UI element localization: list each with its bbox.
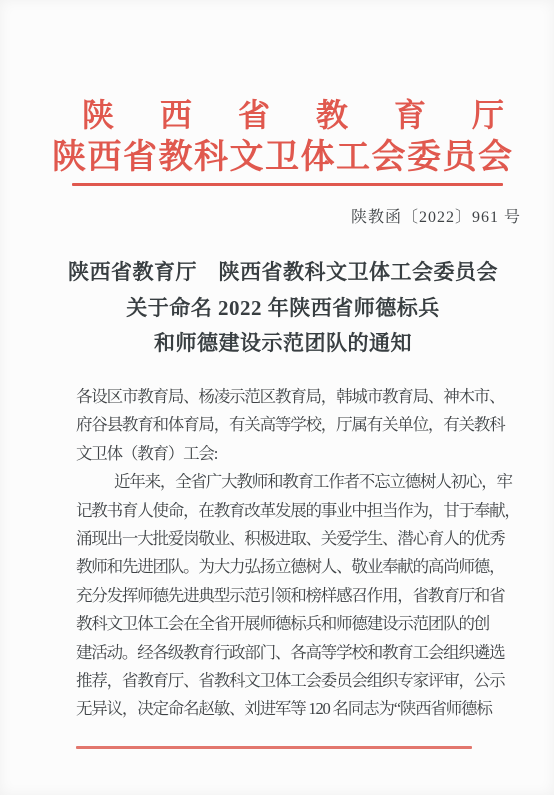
addressee-paragraph: 各设区市教育局、杨凌示范区教育局，韩城市教育局、神木市、府谷县教育和体育局，有关…: [76, 383, 521, 468]
text-line: 推荐，省教育厅、省教科文卫体工会委员会组织专家评审，公示: [76, 667, 521, 695]
text-line: 无异议，决定命名赵敏、刘进军等 120 名同志为“陕西省师德标: [76, 695, 521, 723]
letterhead-org-secondary: 陕西省教科文卫体工会委员会: [52, 139, 514, 177]
main-paragraph: 近年来，全省广大教师和教育工作者不忘立德树人初心，牢记教书育人使命，在教育改革发…: [76, 468, 521, 724]
document-reference-number: 陕教函〔2022〕961 号: [351, 204, 521, 227]
letterhead-divider-rule: [72, 183, 503, 186]
page-bottom-rule: [76, 746, 472, 749]
text-line: 教科文卫体工会在全省开展师德标兵和师德建设示范团队的创: [76, 610, 521, 638]
document-title: 陕西省教育厅 陕西省教科文卫体工会委员会 关于命名 2022 年陕西省师德标兵 …: [6, 255, 554, 362]
document-title-line-3: 和师德建设示范团队的通知: [6, 326, 554, 362]
scanned-official-document-page: 陕西省教育厅 陕西省教科文卫体工会委员会 陕教函〔2022〕961 号 陕西省教…: [0, 0, 554, 795]
document-title-line-1: 陕西省教育厅 陕西省教科文卫体工会委员会: [6, 255, 554, 291]
document-title-line-2: 关于命名 2022 年陕西省师德标兵: [6, 291, 554, 327]
text-line: 教师和先进团队。为大力弘扬立德树人、敬业奉献的高尚师德，: [76, 553, 521, 581]
text-line: 府谷县教育和体育局，有关高等学校，厅属有关单位，有关教科: [76, 411, 521, 439]
text-line: 涌现出一大批爱岗敬业、积极进取、关爱学生、潜心育人的优秀: [76, 525, 521, 553]
text-line: 充分发挥师德先进典型示范引领和榜样感召作用，省教育厅和省: [76, 582, 521, 610]
text-line: 记教书育人使命，在教育改革发展的事业中担当作为，甘于奉献，: [76, 497, 521, 525]
text-line: 建活动。经各级教育行政部门、各高等学校和教育工会组织遴选: [76, 639, 521, 667]
letterhead-org-primary: 陕西省教育厅: [82, 97, 550, 133]
text-line: 各设区市教育局、杨凌示范区教育局，韩城市教育局、神木市、: [76, 383, 521, 411]
document-body: 各设区市教育局、杨凌示范区教育局，韩城市教育局、神木市、府谷县教育和体育局，有关…: [76, 383, 521, 724]
text-line: 文卫体（教育）工会:: [76, 440, 521, 468]
text-line: 近年来，全省广大教师和教育工作者不忘立德树人初心，牢: [76, 468, 521, 496]
